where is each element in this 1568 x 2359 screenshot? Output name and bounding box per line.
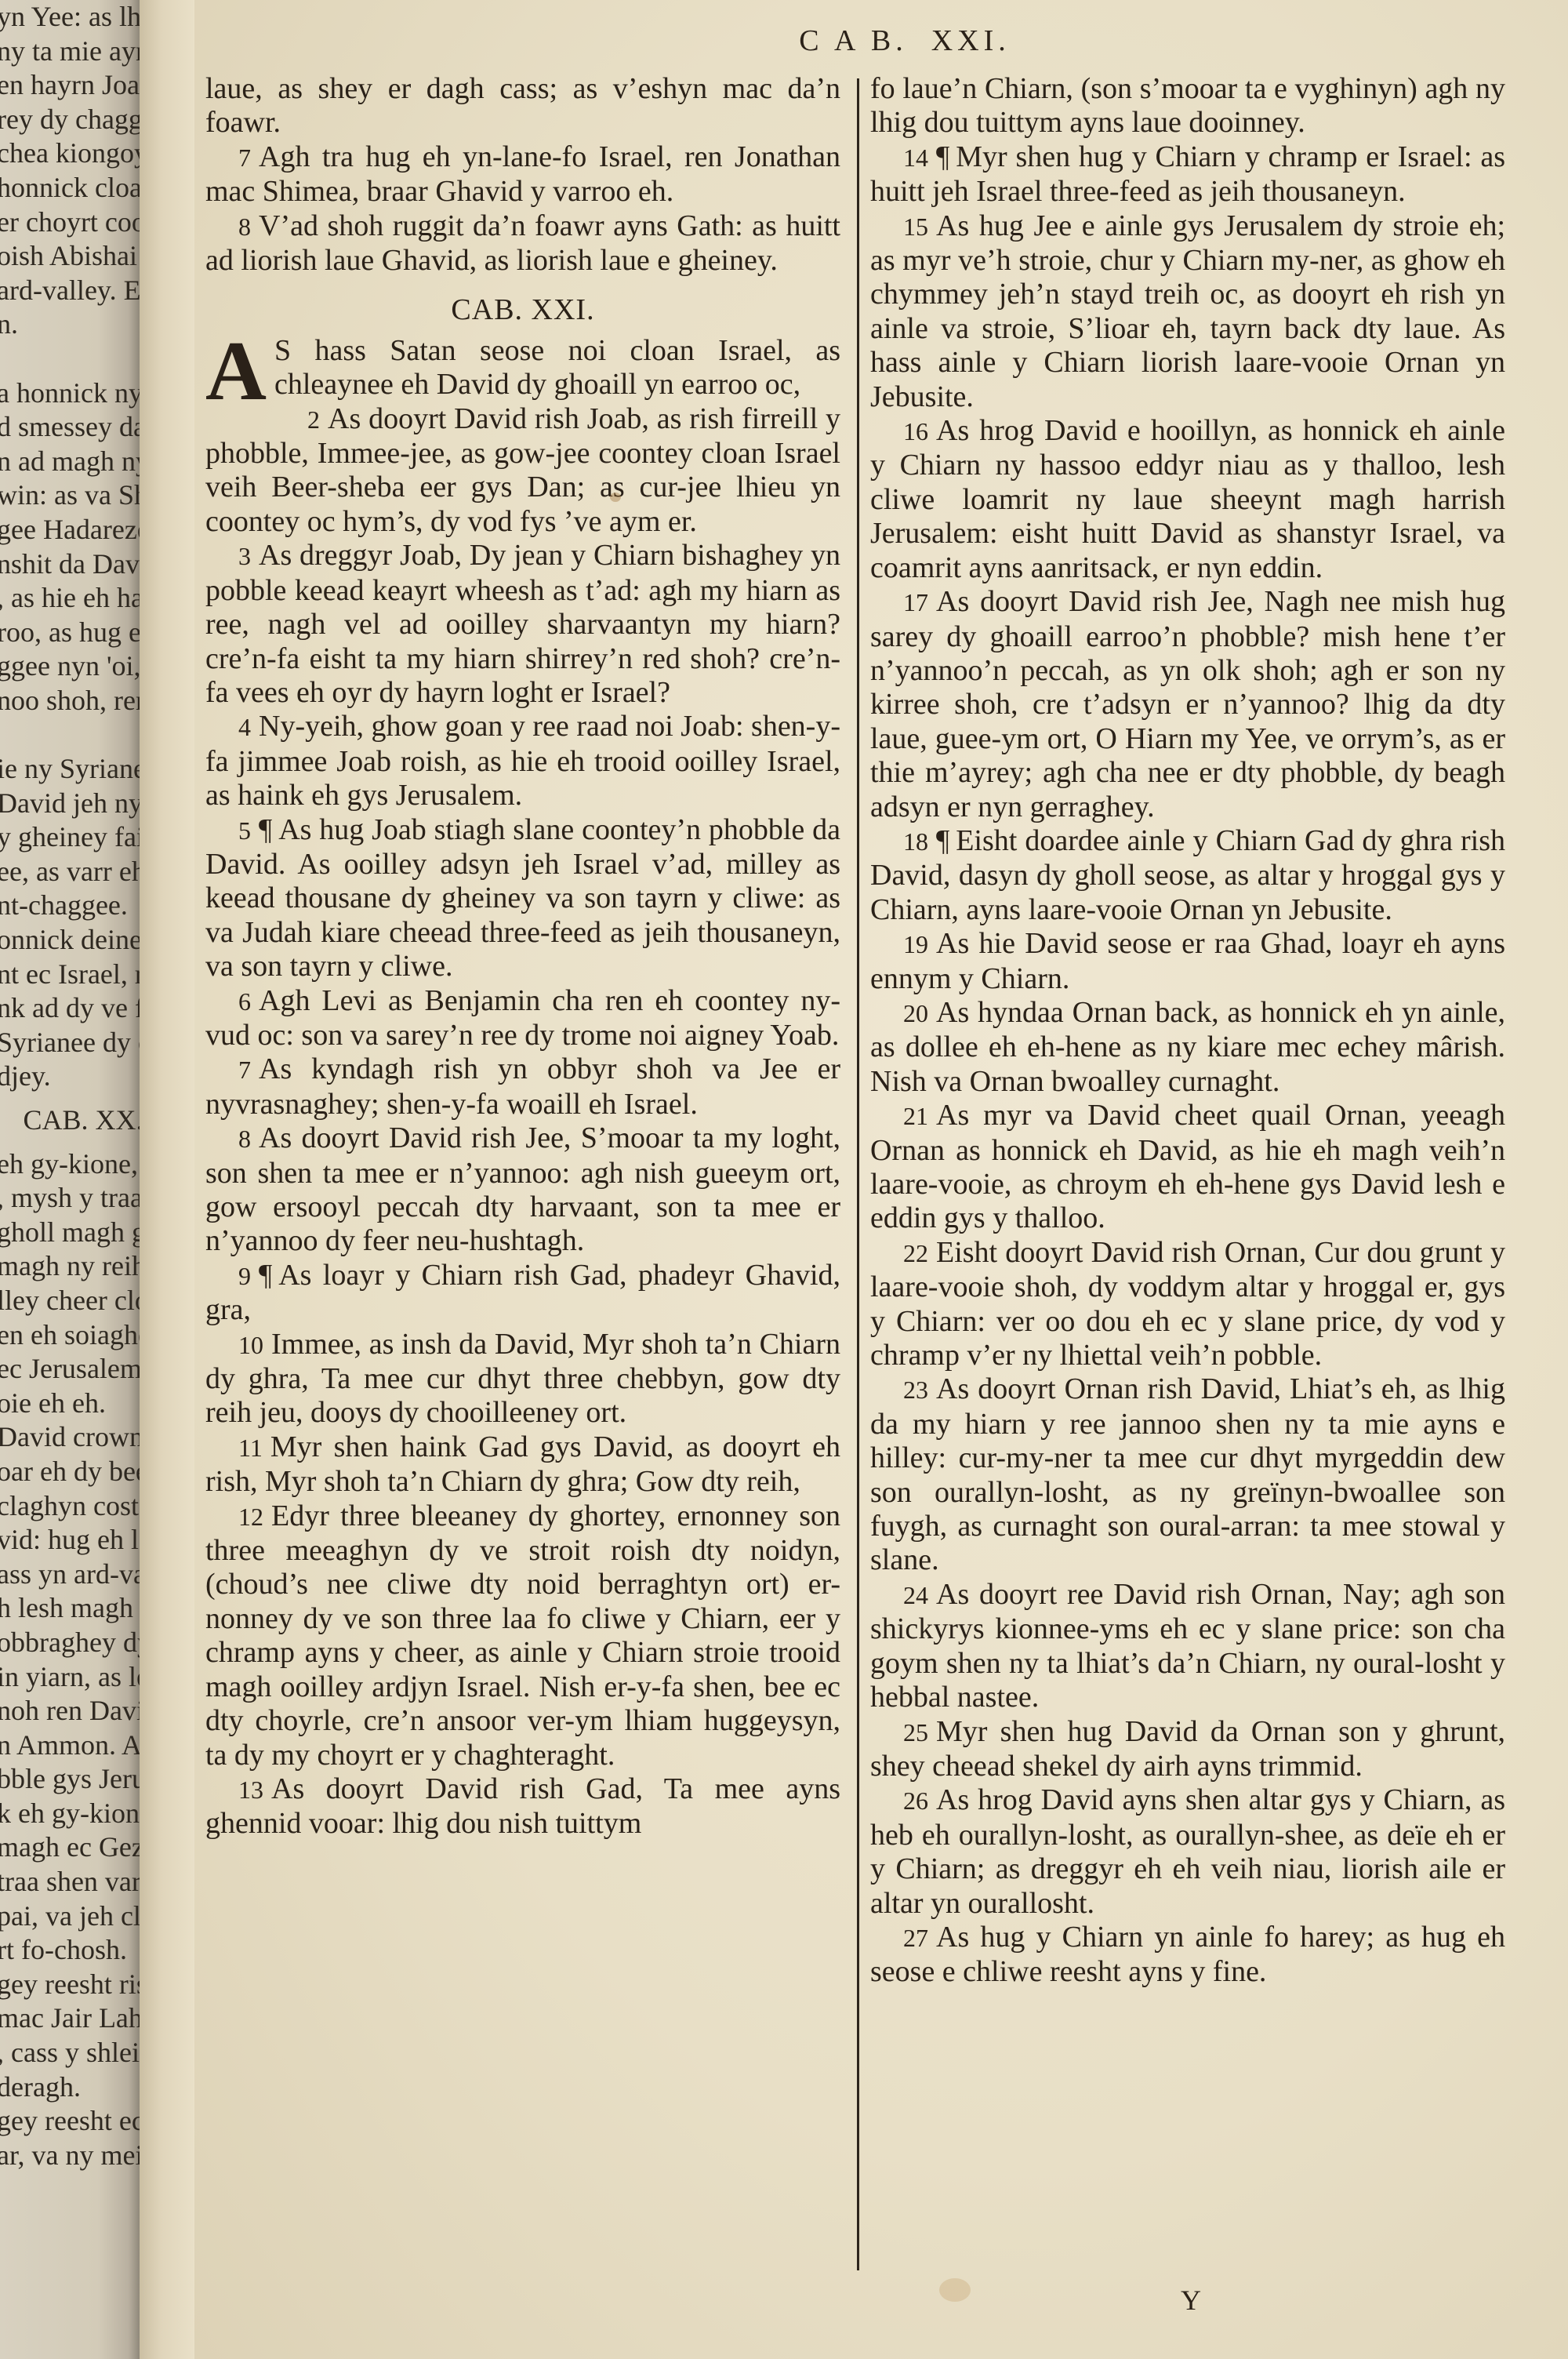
facing-line: gey reesht ec Gath, <box>0 2104 140 2139</box>
facing-line: ggee nyn 'oi, as <box>0 649 140 684</box>
verse-number: 20 <box>903 999 928 1027</box>
facing-line: ard-valley. Eisht hainik <box>0 274 140 308</box>
verse-text: As dooyrt Ornan rish David, Lhiat’s eh, … <box>870 1372 1505 1576</box>
verse-number: 19 <box>903 930 928 958</box>
verse-list-after-heading: 2As dooyrt David rish Joab, as rish firr… <box>205 402 840 1841</box>
facing-line: gey reesht rish ny Philistinee <box>0 1968 140 2002</box>
verse: 7As kyndagh rish yn obbyr shoh va Jee er… <box>205 1052 840 1121</box>
facing-line: , as hie eh harrish <box>0 581 140 616</box>
verse-list: fo laue’n Chiarn, (son s’mooar ta e vygh… <box>870 72 1505 1990</box>
verse-number: 14 <box>903 144 928 172</box>
book-page: C A B.XXI. laue, as shey er dagh cass; a… <box>194 0 1568 2359</box>
verse-text: As dooyrt David rish Jee, S’mooar ta my … <box>205 1121 840 1257</box>
verse-text: As dooyrt David rish Joab, as rish firre… <box>205 402 840 538</box>
verse-number: 26 <box>903 1787 928 1815</box>
facing-line <box>0 342 140 376</box>
verse-text: As hie David seose er raa Ghad, loayr eh… <box>870 927 1505 994</box>
facing-line: gee Hadarezer, er y <box>0 513 140 547</box>
verse-text: As hrog David ayns shen altar gys y Chia… <box>870 1783 1505 1919</box>
verse: 8V’ad shoh ruggit da’n foawr ayns Gath: … <box>205 209 840 278</box>
facing-line: win: as va Shophach <box>0 478 140 513</box>
verse-text: Eisht dooyrt David rish Ornan, Cur dou g… <box>870 1236 1505 1372</box>
facing-line: d smessey daue, hug <box>0 410 140 445</box>
verse-text: Ny-yeih, ghow goan y ree raad noi Joab: … <box>205 710 840 812</box>
facing-page-text: yn Yee: as lhig da y pobbleny ta mie ayn… <box>0 0 140 2172</box>
facing-line: chea kiongoyrt rish <box>0 136 140 171</box>
facing-line: nt-chaggee. <box>0 889 140 923</box>
facing-line: deragh. <box>0 2070 140 2105</box>
verse-text: Agh Levi as Benjamin cha ren eh coontey … <box>205 984 840 1052</box>
chapter-opening-verse: AS hass Satan seose noi cloan Israel, as… <box>205 334 840 402</box>
verse: 17As dooyrt David rish Jee, Nagh nee mis… <box>870 585 1505 824</box>
verse: 8As dooyrt David rish Jee, S’mooar ta my… <box>205 1121 840 1259</box>
verse-number: 6 <box>238 987 251 1016</box>
verse-number: 17 <box>903 588 928 616</box>
verse-number: 8 <box>238 213 251 241</box>
verse: 23As dooyrt Ornan rish David, Lhiat’s eh… <box>870 1372 1505 1577</box>
facing-line: ec Jerusalem) as woaill <box>0 1352 140 1387</box>
facing-line: oar eh dy beeagh <box>0 1455 140 1489</box>
verse-number: 8 <box>238 1125 251 1153</box>
verse-text: As hyndaa Ornan back, as honnick eh yn a… <box>870 996 1505 1098</box>
verse-number: 24 <box>903 1581 928 1609</box>
facing-line: nk ad dy ve fo e reill <box>0 991 140 1026</box>
facing-line: er choyrt cooyl, hyn <box>0 205 140 240</box>
column-divider-rule <box>857 78 859 2270</box>
verse-text: laue, as shey er dagh cass; as v’eshyn m… <box>205 72 840 139</box>
pilcrow-icon: ¶ <box>259 1259 272 1292</box>
facing-line: noh ren David rish ooilley <box>0 1694 140 1728</box>
facing-line: magh ec Gezer rish ny <box>0 1830 140 1865</box>
signature-mark: Y <box>1181 2284 1201 2317</box>
verse-number: 12 <box>238 1503 263 1531</box>
facing-line: traa shen varr Sibbechai <box>0 1865 140 1899</box>
verse: 19As hie David seose er raa Ghad, loayr … <box>870 927 1505 996</box>
verse-number: 23 <box>903 1376 928 1404</box>
facing-line: bble gys Jerusalem. <box>0 1762 140 1797</box>
facing-line: noo shoh, ren ny Syrianee <box>0 684 140 718</box>
verse-text: As dreggyr Joab, Dy jean y Chiarn bishag… <box>205 539 840 709</box>
verse-number: 3 <box>238 542 251 570</box>
verse-number: 4 <box>238 713 251 741</box>
verse: 27As hug y Chiarn yn ainle fo harey; as … <box>870 1921 1505 1990</box>
facing-line: oie eh eh. <box>0 1387 140 1421</box>
facing-line: en eh soiaghey er Rabbah <box>0 1318 140 1353</box>
facing-line: ass yn ard-valley. <box>0 1558 140 1592</box>
verse-number: 27 <box>903 1924 928 1952</box>
verse: 25Myr shen hug David da Ornan son y ghru… <box>870 1715 1505 1784</box>
verse-text: V’ad shoh ruggit da’n foawr ayns Gath: a… <box>205 209 840 277</box>
facing-line: , mysh y traa <box>0 1181 140 1216</box>
verse-text: As hug y Chiarn yn ainle fo harey; as hu… <box>870 1921 1505 1988</box>
facing-line: nshit da David: as <box>0 547 140 582</box>
verse: 15As hug Jee e ainle gys Jerusalem dy st… <box>870 209 1505 414</box>
left-column: laue, as shey er dagh cass; as v’eshyn m… <box>205 72 840 1841</box>
facing-line: ie ny Syrianee er- <box>0 752 140 787</box>
verse-text: As kyndagh rish yn obbyr shoh va Jee er … <box>205 1052 840 1120</box>
verse: 5¶As hug Joab stiagh slane coontey’n pho… <box>205 813 840 984</box>
facing-line: magh ny reih deiney <box>0 1249 140 1284</box>
verse-list-before-heading: laue, as shey er dagh cass; as v’eshyn m… <box>205 72 840 278</box>
facing-line: ar, va ny meir <box>0 2139 140 2173</box>
facing-line: h lesh magh y pobble <box>0 1591 140 1626</box>
facing-line: y gheiney fainagh <box>0 820 140 855</box>
verse-text: As dooyrt ree David rish Ornan, Nay; agh… <box>870 1578 1505 1714</box>
verse-number: 18 <box>903 827 928 856</box>
facing-line: a honnick ny Syrianee <box>0 376 140 411</box>
verse: 6Agh Levi as Benjamin cha ren eh coontey… <box>205 984 840 1053</box>
verse: fo laue’n Chiarn, (son s’mooar ta e vygh… <box>870 72 1505 140</box>
facing-line: pai, va jeh cloan ny fir <box>0 1899 140 1934</box>
pilcrow-icon: ¶ <box>936 824 949 857</box>
verse-text: Edyr three bleeaney dy ghortey, ernonney… <box>205 1499 840 1772</box>
facing-line: n. <box>0 307 140 342</box>
verse-number: 16 <box>903 417 928 445</box>
facing-line: mac Jair Lahmi braar <box>0 2001 140 2036</box>
verse: 20As hyndaa Ornan back, as honnick eh yn… <box>870 996 1505 1099</box>
verse-number: 7 <box>238 144 251 172</box>
running-head-chapter: XXI. <box>931 24 1011 57</box>
verse: 12Edyr three bleeaney dy ghortey, ernonn… <box>205 1499 840 1772</box>
facing-line: n ad magh ny Syrianee <box>0 445 140 479</box>
verse: 2As dooyrt David rish Joab, as rish firr… <box>205 402 840 540</box>
book-gutter <box>140 0 194 2359</box>
facing-line: claghyn costal ayn; <box>0 1489 140 1524</box>
verse: laue, as shey er dagh cass; as v’eshyn m… <box>205 72 840 140</box>
drop-cap: A <box>205 339 267 405</box>
verse-text: Immee, as insh da David, Myr shoh ta’n C… <box>205 1328 840 1430</box>
facing-line: David crown y ree <box>0 1420 140 1455</box>
verse-number: 11 <box>238 1434 263 1462</box>
verse-text: As hug Jee e ainle gys Jerusalem dy stro… <box>870 209 1505 413</box>
verse: 14¶Myr shen hug y Chiarn y chramp er Isr… <box>870 140 1505 209</box>
facing-page-strip: yn Yee: as lhig da y pobbleny ta mie ayn… <box>0 0 140 2359</box>
verse-text: fo laue’n Chiarn, (son s’mooar ta e vygh… <box>870 72 1505 139</box>
facing-line: onnick deiney Hadarezer <box>0 923 140 958</box>
facing-line: rey dy chaggey noi my <box>0 103 140 137</box>
verse-text: Myr shen hug y Chiarn y chramp er Israel… <box>870 140 1505 208</box>
verse-text: As dooyrt David rish Gad, Ta mee ayns gh… <box>205 1772 840 1840</box>
facing-line: David jeh ny Syrianee <box>0 787 140 821</box>
verse: 13As dooyrt David rish Gad, Ta mee ayns … <box>205 1772 840 1841</box>
facing-line: in yiarn, as lesh teiy <box>0 1660 140 1695</box>
verse-number: 21 <box>903 1102 928 1130</box>
verse: 21As myr va David cheet quail Ornan, yee… <box>870 1099 1505 1236</box>
verse: 3As dreggyr Joab, Dy jean y Chiarn bisha… <box>205 539 840 710</box>
verse-number: 10 <box>238 1331 263 1359</box>
verse-text: As hrog David e hooillyn, as honnick eh … <box>870 414 1505 584</box>
pilcrow-icon: ¶ <box>936 140 949 173</box>
running-head: C A B.XXI. <box>194 24 1568 58</box>
verse-number: 22 <box>903 1239 928 1267</box>
facing-line: lley cheer cloan Ammon <box>0 1284 140 1318</box>
facing-line: ee, as varr eh Shophach <box>0 855 140 889</box>
facing-line: oish Abishai e vraar <box>0 239 140 274</box>
verse: 26As hrog David ayns shen altar gys y Ch… <box>870 1783 1505 1921</box>
facing-line: nt ec Israel, ren ad <box>0 958 140 992</box>
page-stain <box>610 493 621 502</box>
verse-text: Myr shen haink Gad gys David, as dooyrt … <box>205 1430 840 1498</box>
verse: 4Ny-yeih, ghow goan y ree raad noi Joab:… <box>205 710 840 812</box>
verse-number: 15 <box>903 213 928 241</box>
verse: 7Agh tra hug eh yn-lane-fo Israel, ren J… <box>205 140 840 209</box>
facing-line: en hayrn Joab as y <box>0 68 140 103</box>
verse-number: 2 <box>307 405 320 434</box>
pilcrow-icon: ¶ <box>259 813 272 846</box>
facing-line: ny ta mie ayns e hilley <box>0 35 140 69</box>
verse-text: As dooyrt David rish Jee, Nagh nee mish … <box>870 585 1505 823</box>
verse-text: As loayr y Chiarn rish Gad, phadeyr Ghav… <box>205 1259 840 1326</box>
facing-line: djey. <box>0 1060 140 1094</box>
facing-line: yn Yee: as lhig da y pobble <box>0 0 140 35</box>
verse: 16As hrog David e hooillyn, as honnick e… <box>870 414 1505 585</box>
verse-number: 7 <box>238 1056 251 1084</box>
verse-number: 9 <box>238 1262 251 1290</box>
facing-line: k eh gy-kione ny lurg <box>0 1797 140 1831</box>
verse-text: Myr shen hug David da Ornan son y ghrunt… <box>870 1715 1505 1783</box>
facing-line: gholl magh gys caggey <box>0 1216 140 1250</box>
verse-number: 25 <box>903 1718 928 1747</box>
facing-line: roo, as hug eh yn <box>0 616 140 650</box>
chapter-heading: CAB. XXI. <box>205 293 840 327</box>
verse: 9¶As loayr y Chiarn rish Gad, phadeyr Gh… <box>205 1259 840 1328</box>
verse-number: 5 <box>238 816 251 845</box>
verse: 22Eisht dooyrt David rish Ornan, Cur dou… <box>870 1236 1505 1373</box>
verse: 11Myr shen haink Gad gys David, as dooyr… <box>205 1430 840 1499</box>
verse-text: As hug Joab stiagh slane coontey’n phobb… <box>205 813 840 983</box>
verse: 10Immee, as insh da David, Myr shoh ta’n… <box>205 1328 840 1430</box>
facing-line: honnick cloan Ammon <box>0 171 140 205</box>
verse: 24As dooyrt ree David rish Ornan, Nay; a… <box>870 1578 1505 1715</box>
page-stain <box>939 2278 971 2302</box>
facing-line: n Ammon. As hyndaa <box>0 1728 140 1763</box>
facing-line: Syrianee dy choonee <box>0 1026 140 1060</box>
right-column: fo laue’n Chiarn, (son s’mooar ta e vygh… <box>870 72 1505 1990</box>
verse-text: Eisht doardee ainle y Chiarn Gad dy ghra… <box>870 824 1505 926</box>
opening-text: S hass Satan seose noi cloan Israel, as … <box>274 334 840 401</box>
verse: 18¶Eisht doardee ainle y Chiarn Gad dy g… <box>870 824 1505 927</box>
verse-text: Agh tra hug eh yn-lane-fo Israel, ren Jo… <box>205 140 840 208</box>
facing-line: rt fo-chosh. <box>0 1933 140 1968</box>
facing-line: obbraghey dy creoi lesh <box>0 1626 140 1660</box>
facing-line <box>0 718 140 752</box>
facing-line: vid: hug eh lesh magh <box>0 1523 140 1558</box>
facing-chapter-heading: CAB. XX. <box>0 1103 140 1138</box>
facing-line: eh gy-kione, ec traa <box>0 1147 140 1182</box>
verse-number: 13 <box>238 1776 263 1804</box>
running-head-label: C A B. <box>799 24 907 57</box>
verse-text: As myr va David cheet quail Ornan, yeeag… <box>870 1099 1505 1234</box>
facing-line: , cass y shleiy echey <box>0 2036 140 2070</box>
